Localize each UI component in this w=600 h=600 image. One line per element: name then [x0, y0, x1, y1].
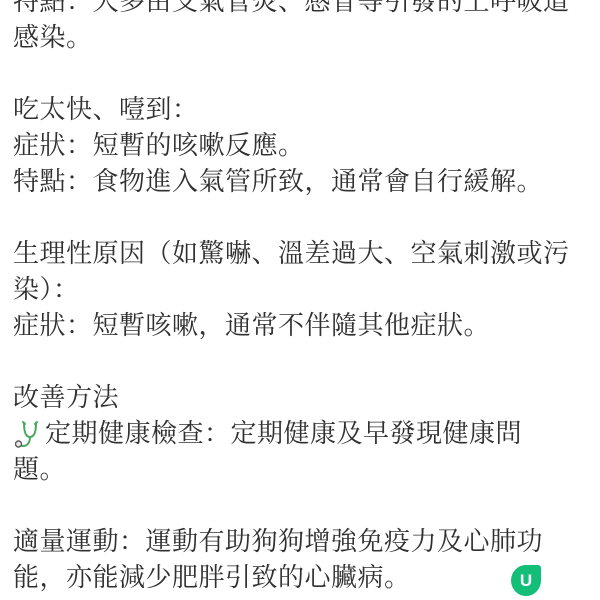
text-line: 特點：大多由支氣管炎、感冒等引發的上呼吸道 [13, 0, 592, 19]
text-line: 能，亦能減少肥胖引致的心臟病。 [13, 559, 592, 595]
text-line: 染）： [13, 271, 592, 307]
paragraph-eating-too-fast: 吃太快、噎到： 症狀：短暫的咳嗽反應。 特點：食物進入氣管所致，通常會自行緩解。 [13, 91, 592, 199]
text-line: 題。 [13, 451, 592, 487]
text-line: 吃太快、噎到： [13, 91, 592, 127]
article-page: 特點：大多由支氣管炎、感冒等引發的上呼吸道 感染。 吃太快、噎到： 症狀：短暫的… [0, 0, 600, 600]
stethoscope-icon [13, 419, 45, 451]
paragraph-improvement-methods: 改善方法 定期健康檢查：定期健康及早發現健康問 題。 [13, 379, 592, 487]
text-line: 適量運動：運動有助狗狗增強免疫力及心肺功 [13, 523, 592, 559]
text-line: 感染。 [13, 19, 592, 55]
text-line: 定期健康檢查：定期健康及早發現健康問 [45, 415, 522, 451]
text-line: 症狀：短暫咳嗽，通常不伴隨其他症狀。 [13, 307, 592, 343]
text-line: 生理性原因（如驚嚇、溫差過大、空氣刺激或污 [13, 235, 592, 271]
paragraph-physiological-causes: 生理性原因（如驚嚇、溫差過大、空氣刺激或污 染）： 症狀：短暫咳嗽，通常不伴隨其… [13, 235, 592, 343]
text-line-with-icon: 定期健康檢查：定期健康及早發現健康問 [13, 415, 592, 451]
article-text: 特點：大多由支氣管炎、感冒等引發的上呼吸道 感染。 吃太快、噎到： 症狀：短暫的… [0, 0, 600, 595]
text-line: 特點：食物進入氣管所致，通常會自行緩解。 [13, 163, 592, 199]
ulifestyle-logo: U [511, 565, 541, 596]
text-line: 改善方法 [13, 379, 592, 415]
paragraph-moderate-exercise: 適量運動：運動有助狗狗增強免疫力及心肺功 能，亦能減少肥胖引致的心臟病。 [13, 523, 592, 595]
text-line: 症狀：短暫的咳嗽反應。 [13, 127, 592, 163]
paragraph-respiratory-note: 特點：大多由支氣管炎、感冒等引發的上呼吸道 感染。 [13, 0, 592, 55]
logo-letter: U [520, 572, 532, 589]
